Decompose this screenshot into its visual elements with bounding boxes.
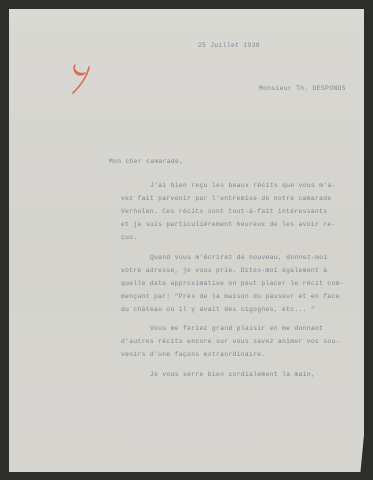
body-line: Quand vous m'écrirez de nouveau, donnez-… — [150, 255, 328, 261]
body-line: Verhulen. Ces récits sont tout-à-fait in… — [121, 209, 327, 215]
letter-page: 25 Juillet 1938 Monsieur Th. DESPONDS Mo… — [9, 9, 364, 472]
letter-date: 25 Juillet 1938 — [198, 43, 260, 49]
handwritten-number-mark — [69, 61, 99, 97]
body-line: Vous me feriez grand plaisir en me donna… — [150, 326, 323, 332]
body-line: mençant par: "Près de la maison du passe… — [121, 294, 340, 300]
body-line: d'autres récits encore sur vous savez an… — [121, 339, 340, 345]
letter-recipient: Monsieur Th. DESPONDS — [259, 86, 346, 92]
letter-closing: Je vous serre bien cordialement la main, — [150, 372, 315, 378]
body-line: çus. — [121, 235, 138, 241]
body-line: et je suis particulièrement heureux de l… — [121, 222, 336, 228]
letter-salutation: Mon cher camarade, — [109, 159, 183, 165]
body-line: vez fait parvenir par l'entremise de not… — [121, 196, 332, 202]
body-line: quelle date approximative on peut placer… — [121, 281, 344, 287]
body-line: J'ai bien reçu les beaux récits que vous… — [150, 183, 336, 189]
body-line: votre adresse, je vous prie. Dites-moi é… — [121, 268, 327, 274]
body-line: venirs d'une façons extraordinaire. — [121, 352, 266, 358]
body-line: du château où il y avait des cigognes, e… — [121, 307, 315, 313]
